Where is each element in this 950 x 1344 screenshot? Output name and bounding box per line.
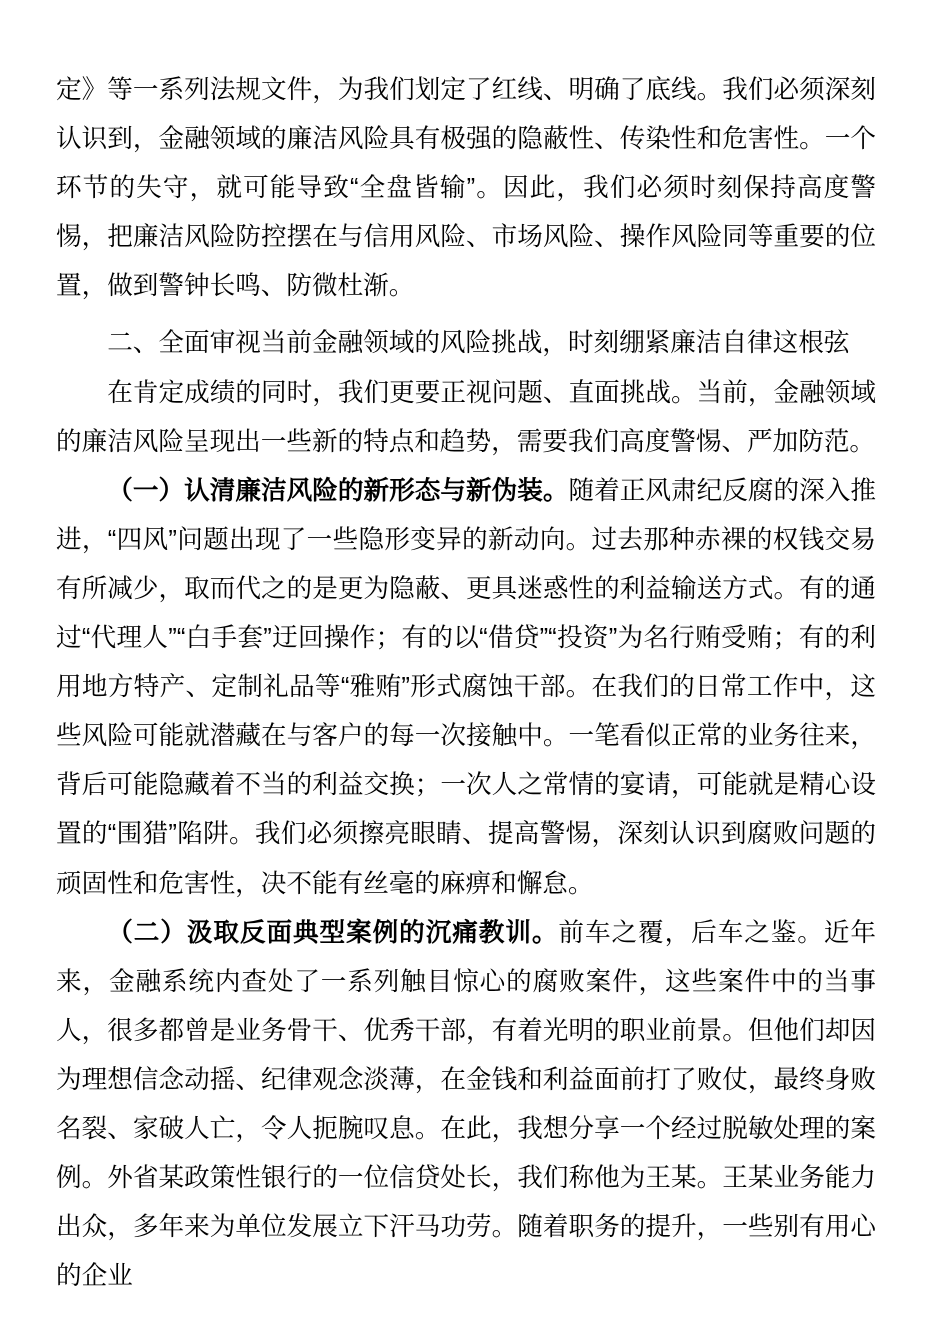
paragraph-overview: 在肯定成绩的同时，我们更要正视问题、直面挑战。当前，金融领域的廉洁风险呈现出一些… bbox=[56, 369, 876, 467]
document-page: 定》等一系列法规文件，为我们划定了红线、明确了底线。我们必须深刻认识到，金融领域… bbox=[0, 0, 950, 1344]
section-heading-2: 二、全面审视当前金融领域的风险挑战，时刻绷紧廉洁自律这根弦 bbox=[56, 319, 876, 368]
paragraph-continuation: 定》等一系列法规文件，为我们划定了红线、明确了底线。我们必须深刻认识到，金融领域… bbox=[56, 66, 876, 311]
document-body: 定》等一系列法规文件，为我们划定了红线、明确了底线。我们必须深刻认识到，金融领域… bbox=[56, 66, 876, 1301]
paragraph-item-2: （二）汲取反面典型案例的沉痛教训。前车之覆，后车之鉴。近年来，金融系统内查处了一… bbox=[56, 909, 876, 1302]
paragraph-lead-bold: （二）汲取反面典型案例的沉痛教训。 bbox=[107, 919, 558, 947]
paragraph-lead-bold: （一）认清廉洁风险的新形态与新伪装。 bbox=[107, 477, 568, 505]
paragraph-item-1: （一）认清廉洁风险的新形态与新伪装。随着正风肃纪反腐的深入推进，“四风”问题出现… bbox=[56, 467, 876, 909]
